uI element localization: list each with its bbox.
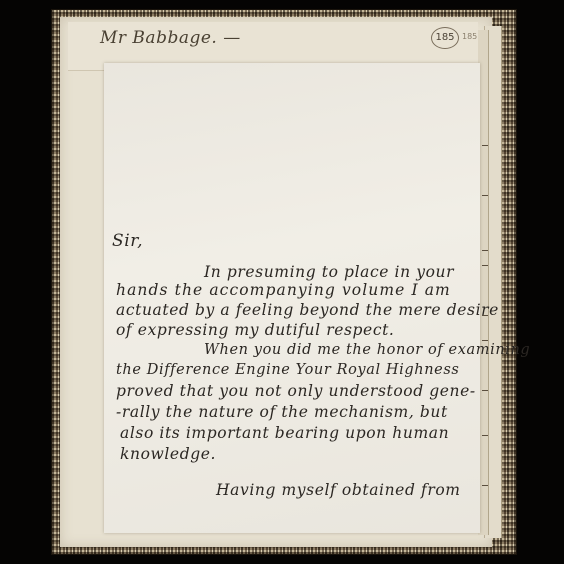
letter-sheet: Sir, In presuming to place in your hands… bbox=[104, 63, 480, 533]
letter-line: hands the accompanying volume I am bbox=[116, 281, 451, 299]
letter-line: Having myself obtained from bbox=[216, 481, 461, 499]
letter-line: proved that you not only understood gene… bbox=[116, 382, 476, 400]
recipient-label: Mr Babbage. — bbox=[100, 28, 241, 48]
letter-line: also its important bearing upon human bbox=[120, 424, 449, 442]
folio-number-secondary: 185 bbox=[462, 32, 477, 41]
letter-line: actuated by a feeling beyond the mere de… bbox=[116, 301, 499, 319]
page-edge-marks bbox=[482, 90, 492, 530]
letter-line: -rally the nature of the mechanism, but bbox=[116, 403, 448, 421]
letter-line: knowledge. bbox=[120, 445, 216, 463]
document-photo: Mr Babbage. — 185 185 Sir, In presuming … bbox=[0, 0, 564, 564]
folio-number: 185 bbox=[431, 27, 459, 49]
letter-line: In presuming to place in your bbox=[204, 263, 454, 281]
letter-line: of expressing my dutiful respect. bbox=[116, 321, 394, 339]
salutation: Sir, bbox=[112, 231, 143, 251]
letter-line: the Difference Engine Your Royal Highnes… bbox=[116, 362, 459, 378]
